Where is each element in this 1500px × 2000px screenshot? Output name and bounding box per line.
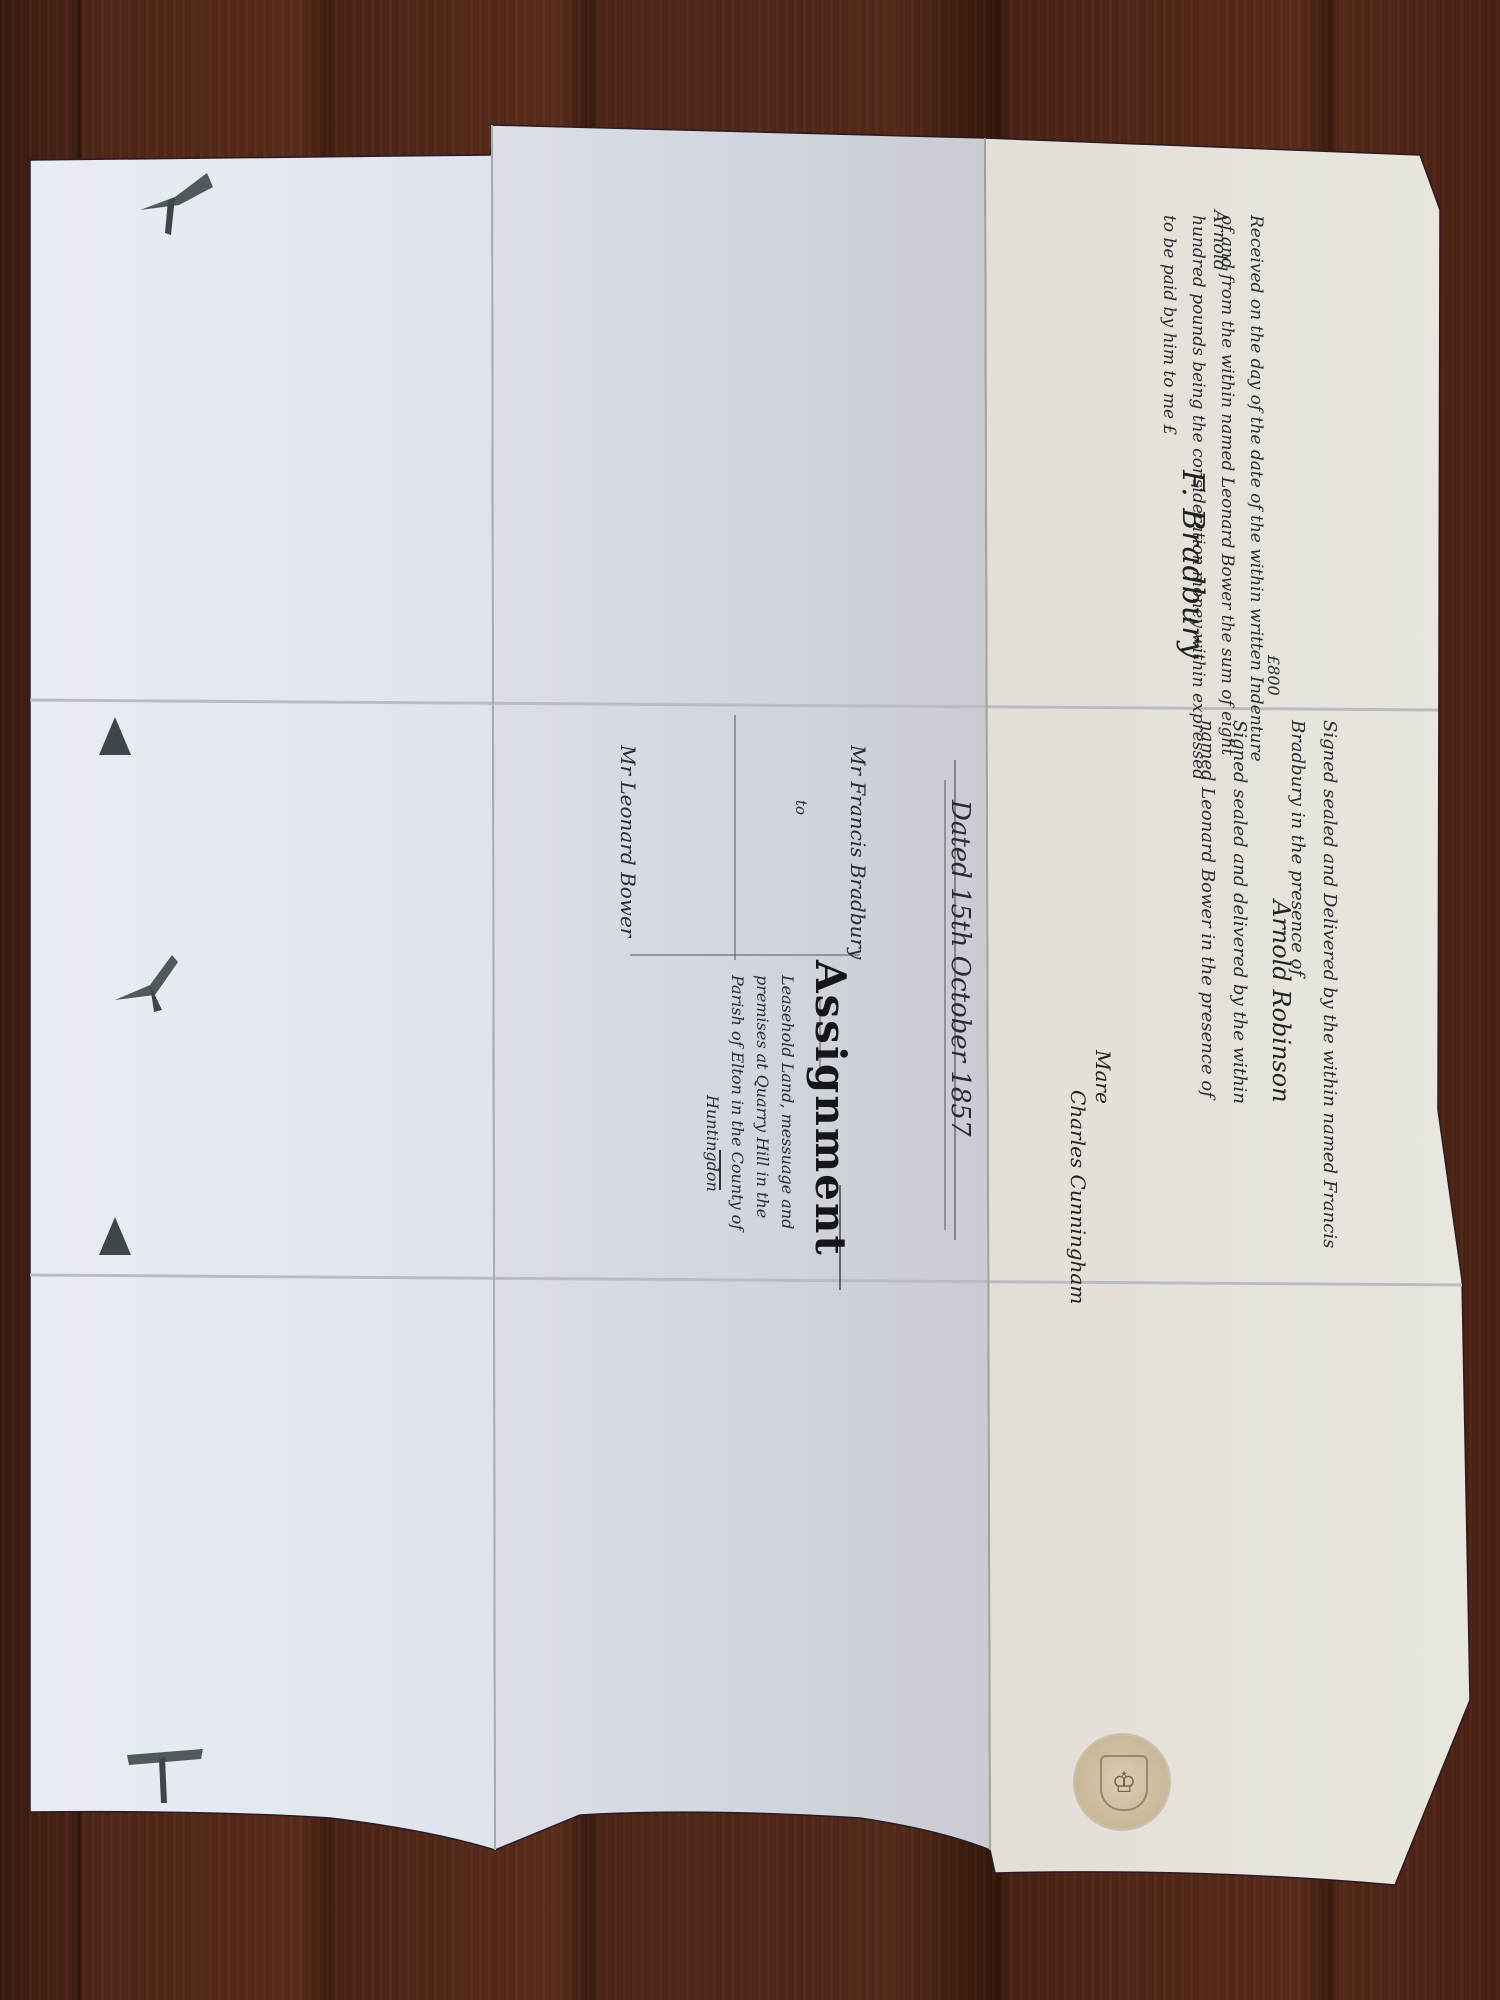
- party-connector: to: [792, 800, 810, 815]
- bradbury-signature: F. Bradbury: [1175, 470, 1210, 660]
- witness-signature: Arnold Robinson: [1267, 900, 1295, 1103]
- ribbon-tie-icon: [95, 1215, 135, 1260]
- execution-line: Signed sealed and delivered by the withi…: [1223, 720, 1255, 1104]
- folded-deed: ♔ Received on the day of the date of the…: [0, 0, 1500, 2000]
- execution-line: named Leonard Bower in the presence of: [1191, 720, 1223, 1104]
- ribbon-tie-icon: [110, 950, 180, 1015]
- ribbon-tie-icon: [95, 715, 135, 760]
- receipt-witness: Arnold: [1209, 210, 1230, 271]
- embossed-seal: ♔: [1075, 1735, 1169, 1829]
- receipt-clause: Received on the day of the date of the w…: [1154, 215, 1270, 780]
- deed-title: Assignment: [806, 960, 855, 1257]
- description-line: Leasehold Land, messuage and: [775, 975, 800, 1230]
- execution-clause-bower: Signed sealed and delivered by the withi…: [1191, 720, 1255, 1104]
- description-line: Parish of Elton in the County of: [725, 975, 750, 1230]
- description-line: Huntingdon: [700, 975, 725, 1230]
- coat-of-arms-icon: ♔: [1100, 1755, 1148, 1811]
- deed-date: Dated 15th October 1857: [945, 800, 975, 1137]
- party-assignor: Mr Francis Bradbury: [846, 745, 870, 959]
- party-assignee: Mr Leonard Bower: [616, 745, 640, 937]
- witness-signature: Charles Cunningham: [1066, 1090, 1090, 1304]
- ribbon-tie-icon: [125, 1745, 205, 1805]
- receipt-line: of and from the within named Leonard Bow…: [1212, 215, 1241, 780]
- receipt-amount: £800: [1264, 655, 1283, 696]
- ribbon-tie-icon: [135, 165, 215, 235]
- execution-line: Signed sealed and Delivered by the withi…: [1313, 720, 1345, 1248]
- witness-mark: Mare: [1091, 1050, 1115, 1104]
- property-description: Leasehold Land, messuage and premises at…: [700, 975, 800, 1230]
- description-line: premises at Quarry Hill in the: [750, 975, 775, 1230]
